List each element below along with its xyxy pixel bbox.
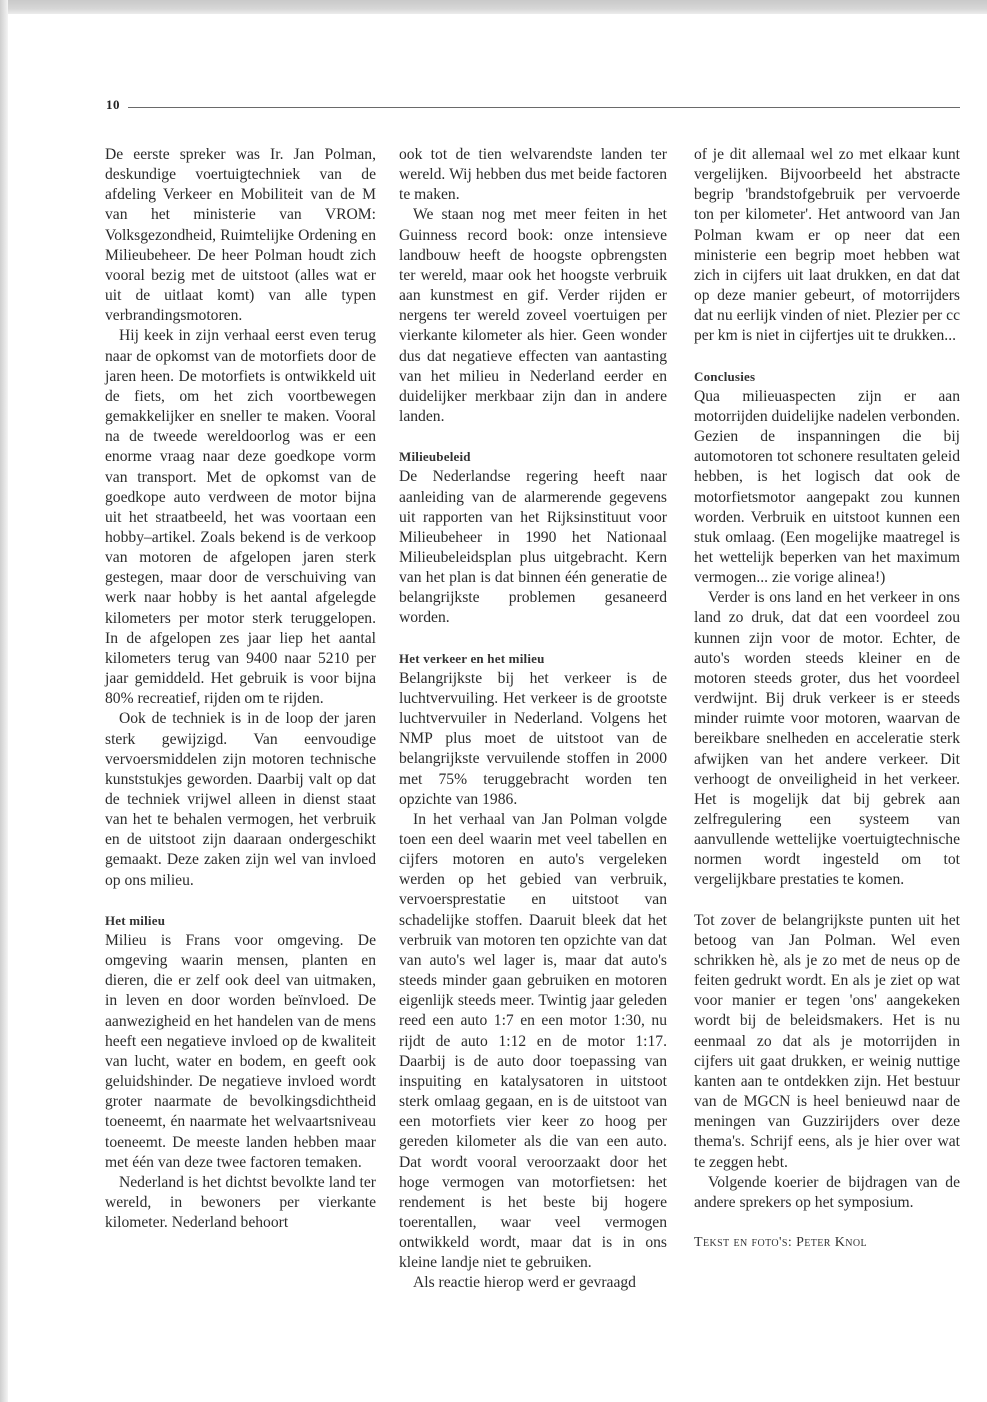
scan-border-top <box>0 0 987 14</box>
body-paragraph: Ook de techniek is in de loop der jaren … <box>105 709 376 890</box>
body-paragraph: In het verhaal van Jan Polman volgde toe… <box>399 810 667 1274</box>
paragraph-spacer <box>105 891 376 911</box>
section-heading: Milieubeleid <box>399 447 667 467</box>
header-rule <box>128 107 960 108</box>
section-heading: Het verkeer en het milieu <box>399 649 667 669</box>
author-credit: Tekst en foto's: Peter Knol <box>694 1233 960 1253</box>
paragraph-spacer <box>399 629 667 649</box>
section-heading: Het milieu <box>105 911 376 931</box>
paragraph-spacer <box>694 347 960 367</box>
body-paragraph: De eerste spreker was Ir. Jan Polman, de… <box>105 145 376 326</box>
paragraph-spacer <box>399 427 667 447</box>
body-paragraph: Als reactie hierop werd er gevraagd <box>399 1273 667 1293</box>
article-column-3: of je dit allemaal wel zo met elkaar kun… <box>694 145 960 1253</box>
body-paragraph: Verder is ons land en het verkeer in ons… <box>694 588 960 890</box>
body-paragraph: Nederland is het dichtst bevolkte land t… <box>105 1173 376 1233</box>
body-paragraph: De Nederlandse regering heeft naar aanle… <box>399 467 667 628</box>
article-column-1: De eerste spreker was Ir. Jan Polman, de… <box>105 145 376 1233</box>
body-paragraph: Qua milieuaspecten zijn er aan motorrijd… <box>694 387 960 589</box>
page-header: 10 <box>106 97 960 113</box>
body-paragraph: Tot zover de belangrijkste punten uit he… <box>694 911 960 1173</box>
body-paragraph: Volgende koerier de bijdragen van de and… <box>694 1173 960 1213</box>
article-column-2: ook tot de tien welvarendste landen ter … <box>399 145 667 1294</box>
body-paragraph: ook tot de tien welvarendste landen ter … <box>399 145 667 205</box>
paragraph-spacer <box>694 891 960 911</box>
body-paragraph: of je dit allemaal wel zo met elkaar kun… <box>694 145 960 347</box>
body-paragraph: Belangrijkste bij het verkeer is de luch… <box>399 669 667 810</box>
body-paragraph: Hij keek in zijn verhaal eerst even teru… <box>105 326 376 709</box>
body-paragraph: Milieu is Frans voor omgeving. De omgevi… <box>105 931 376 1173</box>
section-heading: Conclusies <box>694 367 960 387</box>
scan-border-left <box>0 0 8 1402</box>
page-number: 10 <box>106 97 120 113</box>
body-paragraph: We staan nog met meer feiten in het Guin… <box>399 205 667 427</box>
paragraph-spacer <box>694 1213 960 1233</box>
